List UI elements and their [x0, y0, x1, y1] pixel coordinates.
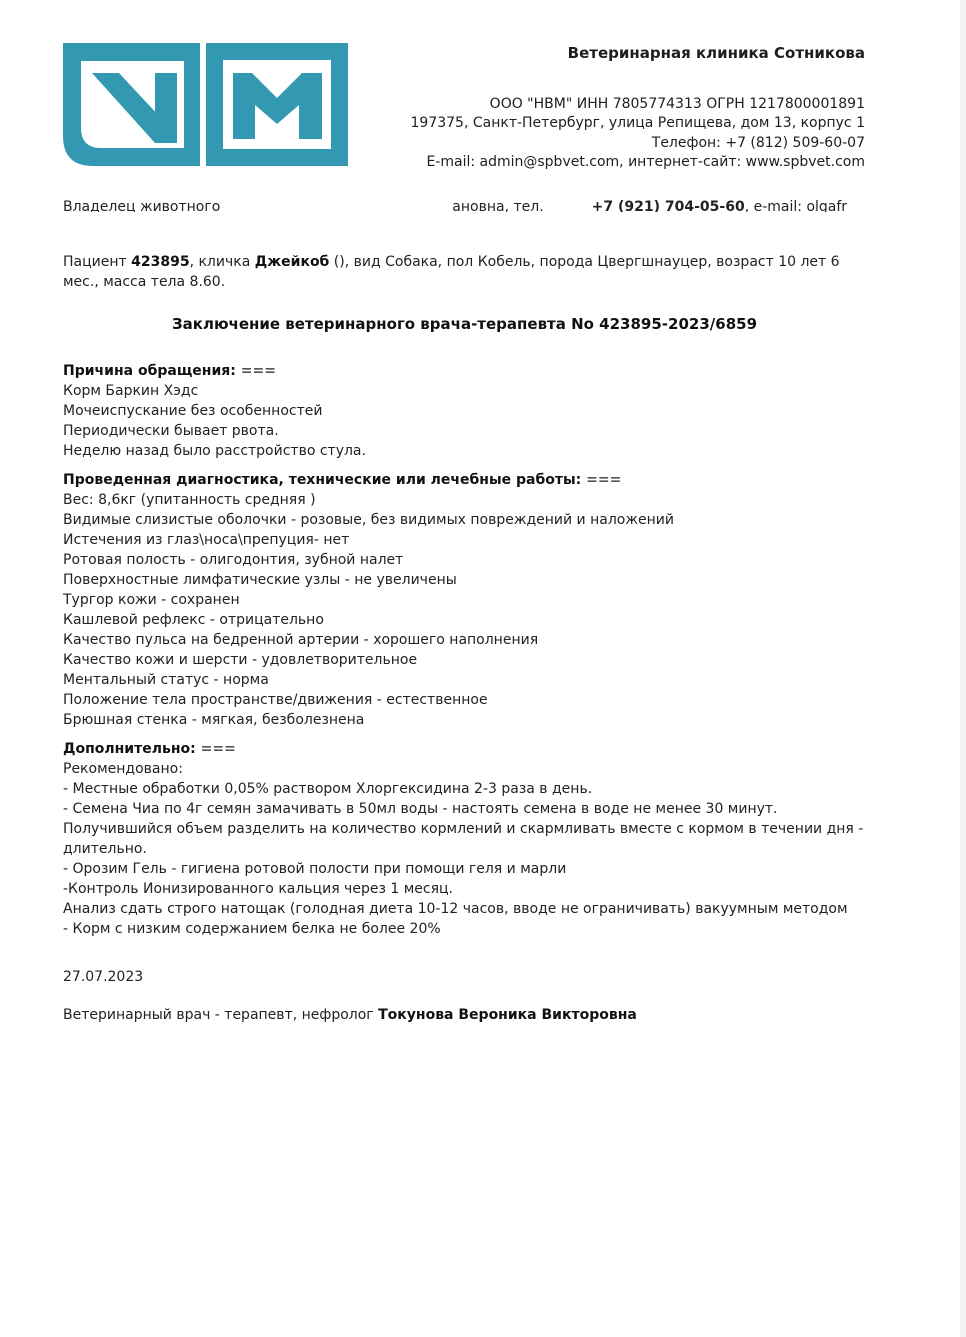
doctor-role: Ветеринарный врач - терапевт, нефролог: [63, 1007, 378, 1023]
owner-line: Владелец животногоановна, тел.+7 (921) 7…: [63, 195, 868, 212]
section-line: Мочеиспускание без особенностей: [63, 401, 871, 421]
clinic-address: 197375, Санкт-Петербург, улица Репищева,…: [411, 114, 865, 134]
section-line: Анализ сдать строго натощак (голодная ди…: [63, 899, 871, 919]
section-line: Кашлевой рефлекс - отрицательно: [63, 610, 871, 630]
section-line: Видимые слизистые оболочки - розовые, бе…: [63, 510, 871, 530]
section-line: Ментальный статус - норма: [63, 670, 871, 690]
clinic-contacts: E-mail: admin@spbvet.com, интернет-сайт:…: [411, 153, 865, 173]
section-line: - Орозим Гель - гигиена ротовой полости …: [63, 859, 871, 879]
section-line: - Местные обработки 0,05% раствором Хлор…: [63, 779, 871, 799]
section: Дополнительно: ===Рекомендовано:- Местны…: [63, 739, 871, 939]
owner-email-fragment: , e-mail: olgafr: [745, 199, 847, 212]
section-heading-text: Дополнительно:: [63, 741, 196, 757]
clinic-logo-icon: [63, 43, 348, 166]
section-heading: Дополнительно: ===: [63, 739, 871, 759]
section-line: Неделю назад было расстройство стула.: [63, 441, 871, 461]
patient-prefix: Пациент: [63, 254, 131, 270]
owner-label: Владелец животного: [63, 199, 220, 212]
section-line: Периодически бывает рвота.: [63, 421, 871, 441]
section: Причина обращения: ===Корм Баркин ХэдсМо…: [63, 361, 871, 461]
section-line: Рекомендовано:: [63, 759, 871, 779]
owner-phone: +7 (921) 704-05-60: [592, 199, 745, 212]
section-line: Вес: 8,6кг (упитанность средняя ): [63, 490, 871, 510]
patient-id: 423895: [131, 254, 189, 270]
patient-name-label: , кличка: [190, 254, 255, 270]
section-line: - Корм с низким содержанием белка не бол…: [63, 919, 871, 939]
section-line: Качество кожи и шерсти - удовлетворитель…: [63, 650, 871, 670]
document-date: 27.07.2023: [63, 969, 143, 985]
section-line: Истечения из глаз\носа\препуция- нет: [63, 530, 871, 550]
section-marker: ===: [586, 472, 621, 488]
section-line: - Семена Чиа по 4г семян замачивать в 50…: [63, 799, 871, 819]
section-line: Корм Баркин Хэдс: [63, 381, 871, 401]
document-title: Заключение ветеринарного врача-терапевта…: [63, 315, 866, 333]
section-line: Положение тела пространстве/движения - е…: [63, 690, 871, 710]
doctor-name: Токунова Вероника Викторовна: [378, 1007, 637, 1023]
section-line: Брюшная стенка - мягкая, безболезнена: [63, 710, 871, 730]
patient-info: Пациент 423895, кличка Джейкоб (), вид С…: [63, 252, 871, 292]
clinic-phone: Телефон: +7 (812) 509-60-07: [411, 134, 865, 154]
doctor-signature: Ветеринарный врач - терапевт, нефролог Т…: [63, 1007, 637, 1023]
owner-name-fragment: ановна, тел.: [452, 199, 543, 212]
section-line: Поверхностные лимфатические узлы - не ув…: [63, 570, 871, 590]
clinic-legal: ООО "НВМ" ИНН 7805774313 ОГРН 1217800001…: [411, 95, 865, 115]
section-line: Качество пульса на бедренной артерии - х…: [63, 630, 871, 650]
section-heading: Проведенная диагностика, технические или…: [63, 470, 871, 490]
patient-name: Джейкоб: [255, 254, 330, 270]
section-line: Тургор кожи - сохранен: [63, 590, 871, 610]
section: Проведенная диагностика, технические или…: [63, 470, 871, 730]
section-line: Получившийся объем разделить на количест…: [63, 819, 871, 859]
conclusion-body: Причина обращения: ===Корм Баркин ХэдсМо…: [63, 361, 871, 948]
page-edge-strip: [960, 0, 966, 1337]
section-heading-text: Причина обращения:: [63, 363, 236, 379]
section-marker: ===: [241, 363, 276, 379]
section-line: Ротовая полость - олигодонтия, зубной на…: [63, 550, 871, 570]
section-heading: Причина обращения: ===: [63, 361, 871, 381]
clinic-name: Ветеринарная клиника Сотникова: [411, 44, 865, 64]
section-line: -Контроль Ионизированного кальция через …: [63, 879, 871, 899]
section-heading-text: Проведенная диагностика, технические или…: [63, 472, 581, 488]
section-marker: ===: [201, 741, 236, 757]
clinic-header: Ветеринарная клиника Сотникова ООО "НВМ"…: [411, 44, 865, 173]
